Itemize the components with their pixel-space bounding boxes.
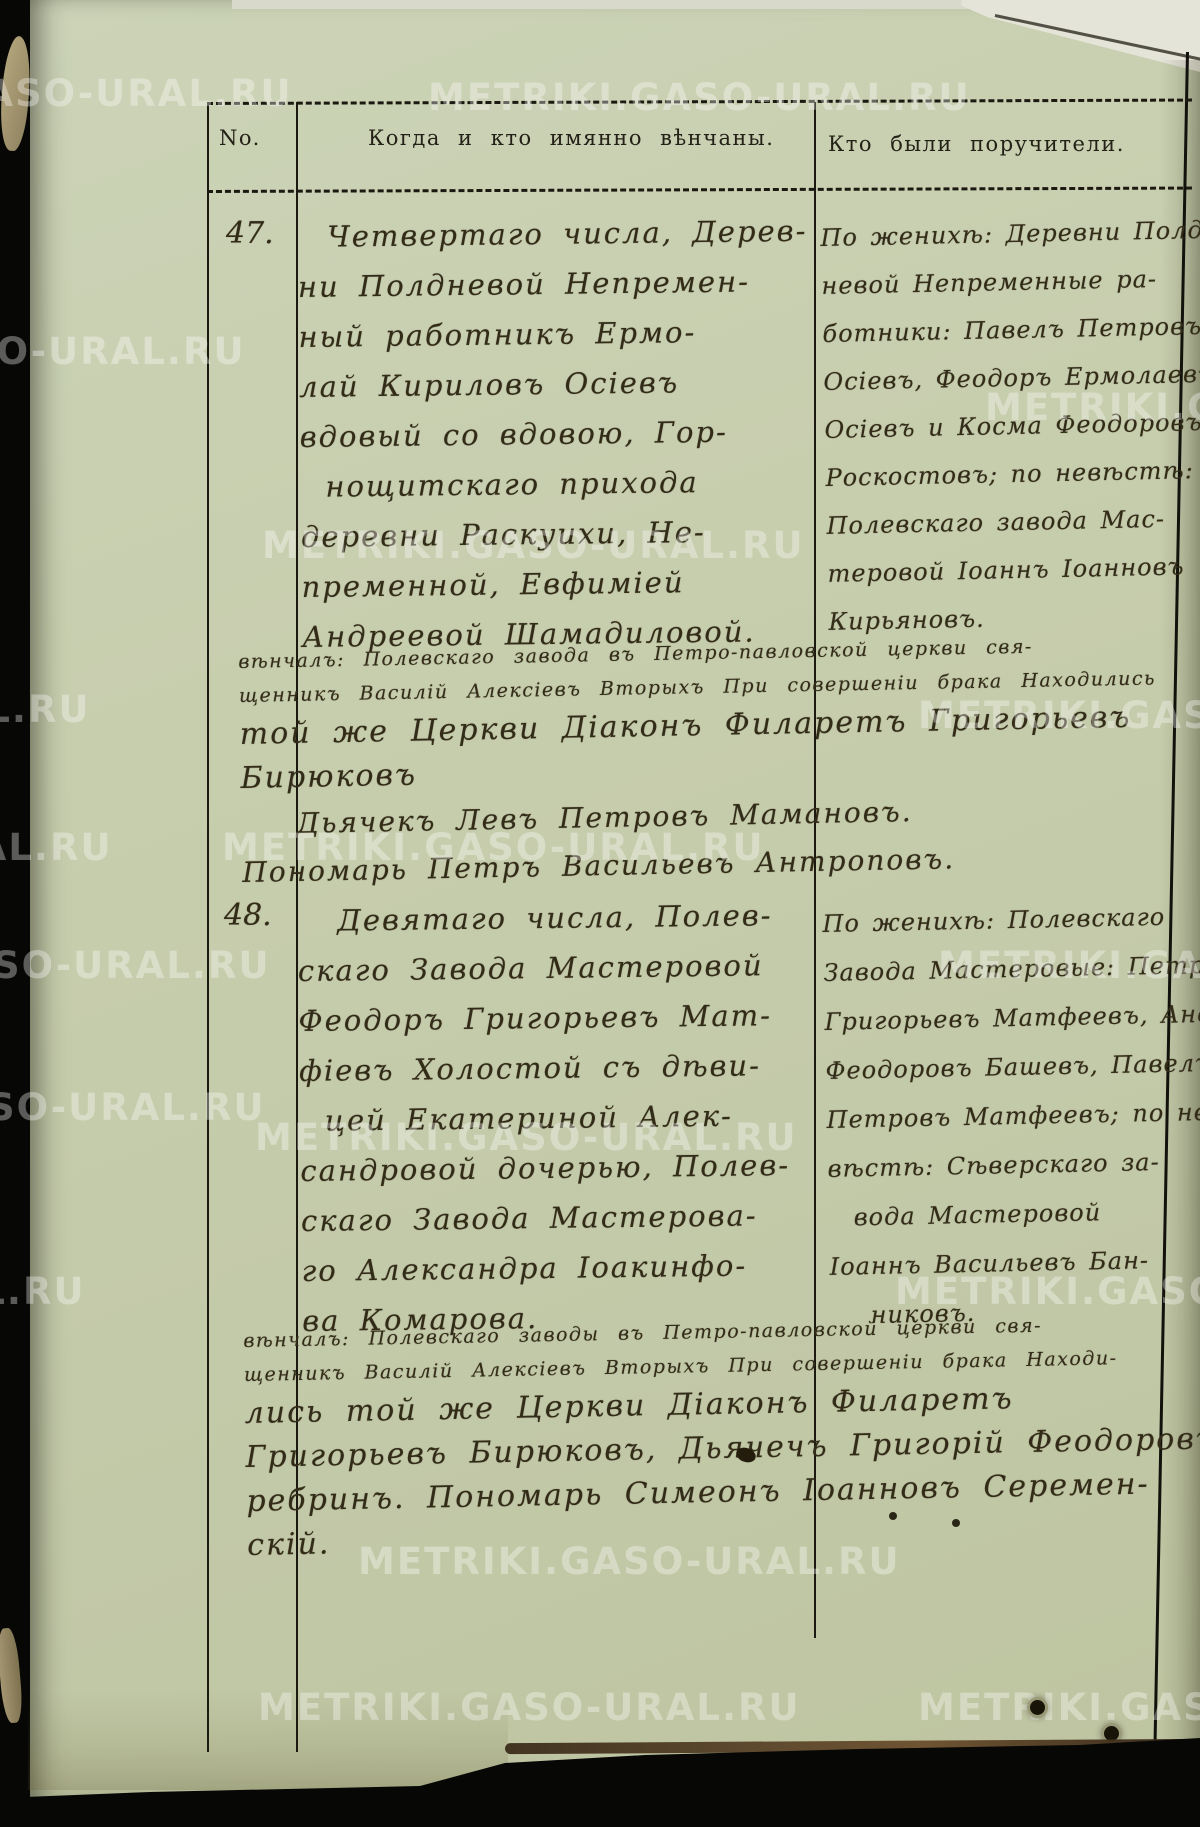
watermark-text: GASO-URAL.RU — [0, 826, 113, 869]
watermark-text: METRIKI.GASO-URAL.RU — [938, 944, 1200, 987]
watermark-text: METRIKI.GASO-URAL.RU — [985, 386, 1200, 429]
watermark-text: GASO-URAL.RU — [0, 72, 293, 115]
paper-speck — [889, 1512, 897, 1520]
watermark-layer: GASO-URAL.RUMETRIKI.GASO-URAL.RUGASO-URA… — [0, 0, 1200, 1827]
watermark-text: GASO-URAL.RU — [0, 1270, 86, 1313]
watermark-text: METRIKI.GASO-URAL.RU — [255, 1116, 798, 1159]
watermark-text: METRIKI.GASO-URAL.RU — [222, 826, 765, 869]
binder-hole — [1030, 1700, 1045, 1715]
watermark-text: METRIKI.GASO-URAL.RU — [428, 76, 971, 119]
watermark-text: METRIKI.GASO-URAL.RU — [258, 1686, 801, 1729]
watermark-text: GASO-URAL.RU — [0, 1086, 266, 1129]
paper-speck — [952, 1519, 960, 1527]
watermark-text: METRIKI.GASO-URAL.RU — [358, 1540, 901, 1583]
watermark-text: METRIKI.GASO-URAL.RU — [262, 524, 805, 567]
scanned-register-page: No. Когда и кто имянно вѣнчаны. Кто были… — [0, 0, 1200, 1827]
watermark-text: METRIKI.GASO-URAL.RU — [918, 694, 1200, 737]
watermark-text: GASO-URAL.RU — [0, 330, 246, 373]
watermark-text: METRIKI.GASO-URAL.RU — [918, 1686, 1200, 1729]
watermark-text: GASO-URAL.RU — [0, 688, 91, 731]
watermark-text: METRIKI.GASO-URAL.RU — [895, 1270, 1200, 1313]
watermark-text: GASO-URAL.RU — [0, 944, 271, 987]
